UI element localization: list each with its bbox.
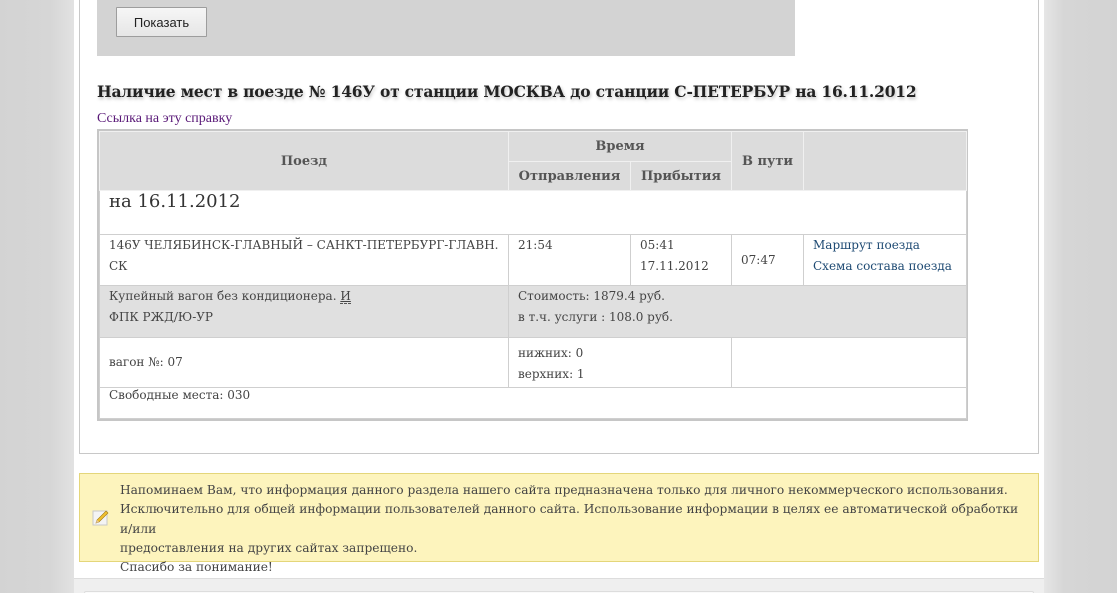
date-label: на 16.11.2012: [100, 191, 967, 235]
car-cost: Стоимость: 1879.4 руб. в т.ч. услуги : 1…: [509, 286, 967, 338]
reference-link[interactable]: Ссылка на эту справку: [97, 111, 232, 127]
seat-row: вагон №: 07 нижних: 0 верхних: 1: [100, 338, 967, 388]
wagon-number: вагон №: 07: [100, 338, 509, 388]
header-links: [804, 132, 967, 191]
show-button[interactable]: Показать: [116, 7, 207, 37]
arrival-cell: 05:41 17.11.2012: [631, 235, 732, 286]
availability-table: Поезд Время В пути Отправления Прибытия …: [99, 131, 967, 419]
notice-box: Напоминаем Вам, что информация данного р…: [79, 473, 1039, 562]
upper-berths: верхних: 1: [518, 367, 585, 381]
lower-berths: нижних: 0: [518, 346, 583, 360]
header-train: Поезд: [100, 132, 509, 191]
carrier: ФПК РЖД/Ю-УР: [109, 310, 213, 324]
departure-time: 21:54: [509, 235, 631, 286]
free-seats: Свободные места: 030: [100, 388, 967, 419]
page-container: Показать Наличие мест в поезде № 146У от…: [74, 0, 1044, 593]
car-info: Купейный вагон без кондиционера. И ФПК Р…: [100, 286, 509, 338]
pencil-note-icon: [92, 509, 110, 527]
date-row: на 16.11.2012: [100, 191, 967, 235]
berths-cell: нижних: 0 верхних: 1: [509, 338, 732, 388]
train-row: 146У ЧЕЛЯБИНСК-ГЛАВНЫЙ – САНКТ-ПЕТЕРБУРГ…: [100, 235, 967, 286]
page-background-right: [1044, 0, 1117, 593]
route-link[interactable]: Маршрут поезда: [813, 235, 957, 256]
search-form-panel: Показать: [97, 0, 795, 56]
header-arrival: Прибытия: [631, 162, 732, 191]
train-scheme-link[interactable]: Схема состава поезда: [813, 256, 957, 277]
notice-line: Напоминаем Вам, что информация данного р…: [120, 481, 1020, 500]
header-departure: Отправления: [509, 162, 631, 191]
car-row: Купейный вагон без кондиционера. И ФПК Р…: [100, 286, 967, 338]
notice-line: Спасибо за понимание!: [120, 558, 1020, 577]
car-type-abbr[interactable]: И: [340, 289, 350, 304]
notice-line: Исключительно для общей информации польз…: [120, 500, 1020, 539]
free-seats-row: Свободные места: 030: [100, 388, 967, 419]
header-duration: В пути: [732, 132, 804, 191]
content-box: Показать Наличие мест в поезде № 146У от…: [79, 0, 1039, 454]
notice-text: Напоминаем Вам, что информация данного р…: [120, 481, 1020, 577]
arrival-date: 17.11.2012: [640, 259, 709, 273]
page-title: Наличие мест в поезде № 146У от станции …: [97, 82, 916, 101]
empty-cell: [732, 338, 967, 388]
car-type: Купейный вагон без кондиционера.: [109, 289, 337, 303]
travel-duration: 07:47: [732, 235, 804, 286]
page-background-left: [0, 0, 74, 593]
train-name: 146У ЧЕЛЯБИНСК-ГЛАВНЫЙ – САНКТ-ПЕТЕРБУРГ…: [100, 235, 509, 286]
cost: Стоимость: 1879.4 руб.: [518, 289, 665, 303]
availability-table-wrap: Поезд Время В пути Отправления Прибытия …: [97, 129, 968, 421]
arrival-time: 05:41: [640, 238, 675, 252]
header-time: Время: [509, 132, 732, 162]
train-links: Маршрут поезда Схема состава поезда: [804, 235, 967, 286]
notice-line: предоставления на других сайтах запрещен…: [120, 539, 1020, 558]
service-cost: в т.ч. услуги : 108.0 руб.: [518, 310, 673, 324]
